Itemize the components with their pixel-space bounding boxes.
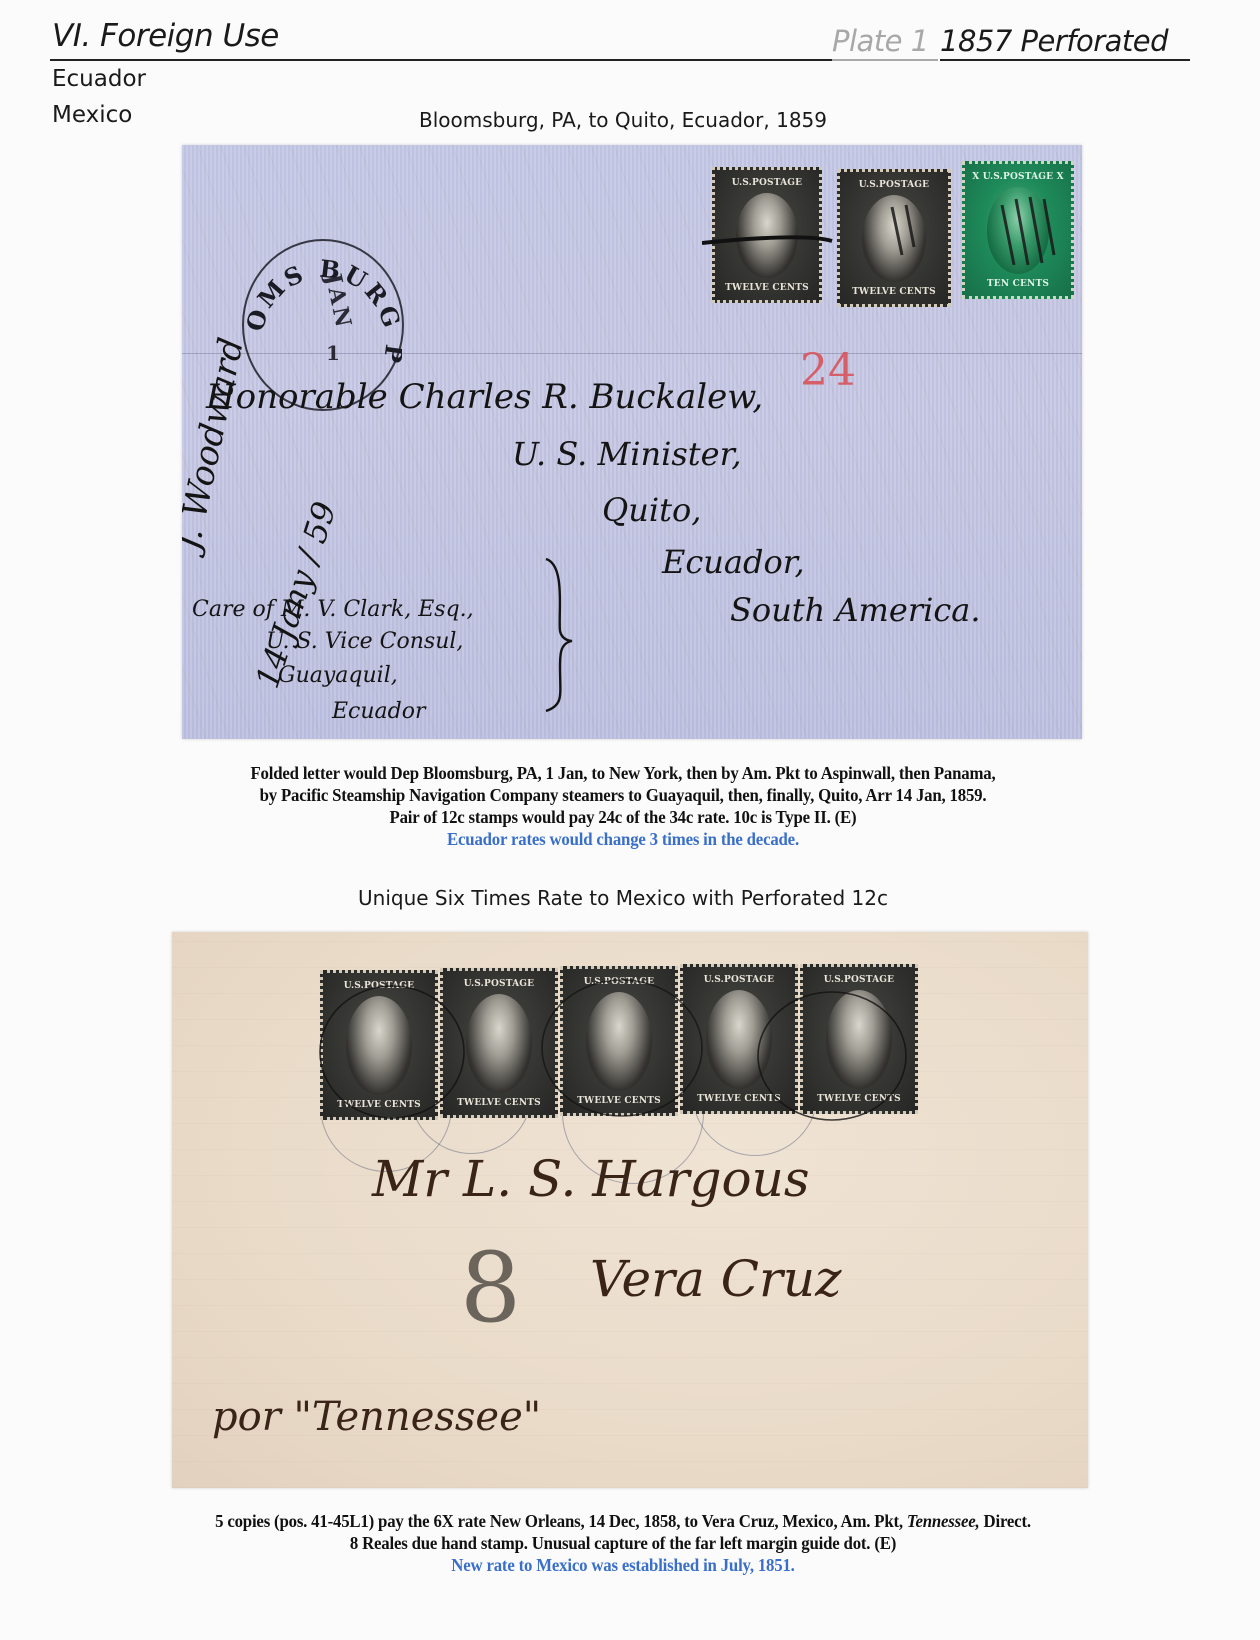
stamp-bottom-label: TWELVE CENTS xyxy=(852,287,936,297)
exhibit-heading-mexico: Unique Six Times Rate to Mexico with Per… xyxy=(0,886,1246,910)
care-of-line-4: Ecuador xyxy=(332,699,426,724)
caption-ecuador: Folded letter would Dep Bloomsburg, PA, … xyxy=(25,762,1221,850)
caption-line: 5 copies (pos. 41-45L1) pay the 6X rate … xyxy=(25,1510,1221,1532)
caption-line: by Pacific Steamship Navigation Company … xyxy=(25,784,1221,806)
caption-note: New rate to Mexico was established in Ju… xyxy=(25,1554,1221,1576)
address-line-1: Honorable Charles R. Buckalew, xyxy=(206,377,763,417)
address-line-1: Mr L. S. Hargous xyxy=(372,1150,810,1208)
care-of-line-3: Guayaquil, xyxy=(278,663,398,688)
exhibit-heading-ecuador: Bloomsburg, PA, to Quito, Ecuador, 1859 xyxy=(0,108,1246,132)
caption-text: 5 copies (pos. 41-45L1) pay the 6X rate … xyxy=(215,1511,907,1531)
care-of-line-1: Care of M. V. Clark, Esq., xyxy=(192,597,474,622)
address-line-5: South America. xyxy=(730,591,981,629)
rate-marking-24: 24 xyxy=(800,345,856,396)
caption-line: 8 Reales due hand stamp. Unusual capture… xyxy=(25,1532,1221,1554)
brace-icon xyxy=(538,555,578,715)
address-line-2: Vera Cruz xyxy=(590,1250,841,1308)
cover-ecuador: U.S.POSTAGE TWELVE CENTS U.S.POSTAGE TWE… xyxy=(182,145,1082,739)
cover-mexico: U.S.POSTAGE TWELVE CENTS U.S.POSTAGE TWE… xyxy=(172,932,1088,1488)
caption-mexico: 5 copies (pos. 41-45L1) pay the 6X rate … xyxy=(25,1510,1221,1576)
header-rule xyxy=(50,59,836,61)
docket-name: J. Woodward xyxy=(182,334,252,553)
postmark-day: 1 xyxy=(326,341,343,365)
caption-text: Direct. xyxy=(980,1511,1031,1531)
due-marking-8: 8 xyxy=(460,1232,521,1344)
series-title: 1857 Perforated xyxy=(940,24,1168,58)
stamp-top-label: X U.S.POSTAGE X xyxy=(972,172,1064,182)
country-ecuador: Ecuador xyxy=(52,66,146,92)
series-rule xyxy=(940,59,1190,61)
address-line-2: U. S. Minister, xyxy=(512,435,742,473)
caption-line: Folded letter would Dep Bloomsburg, PA, … xyxy=(25,762,1221,784)
svg-text:OMS BURG PA: OMS BURG PA xyxy=(244,241,402,366)
ship-name: Tennessee, xyxy=(907,1511,980,1531)
plate-rule xyxy=(832,59,938,61)
cancel-marks xyxy=(702,185,1082,285)
cancel-marks xyxy=(312,972,932,1132)
address-line-3: Quito, xyxy=(602,491,701,529)
caption-note: Ecuador rates would change 3 times in th… xyxy=(25,828,1221,850)
plate-label: Plate 1 xyxy=(832,24,929,58)
section-title: VI. Foreign Use xyxy=(52,18,279,54)
address-line-4: Ecuador, xyxy=(662,543,805,581)
caption-line: Pair of 12c stamps would pay 24c of the … xyxy=(25,806,1221,828)
routing-endorsement: por "Tennessee" xyxy=(212,1394,541,1440)
